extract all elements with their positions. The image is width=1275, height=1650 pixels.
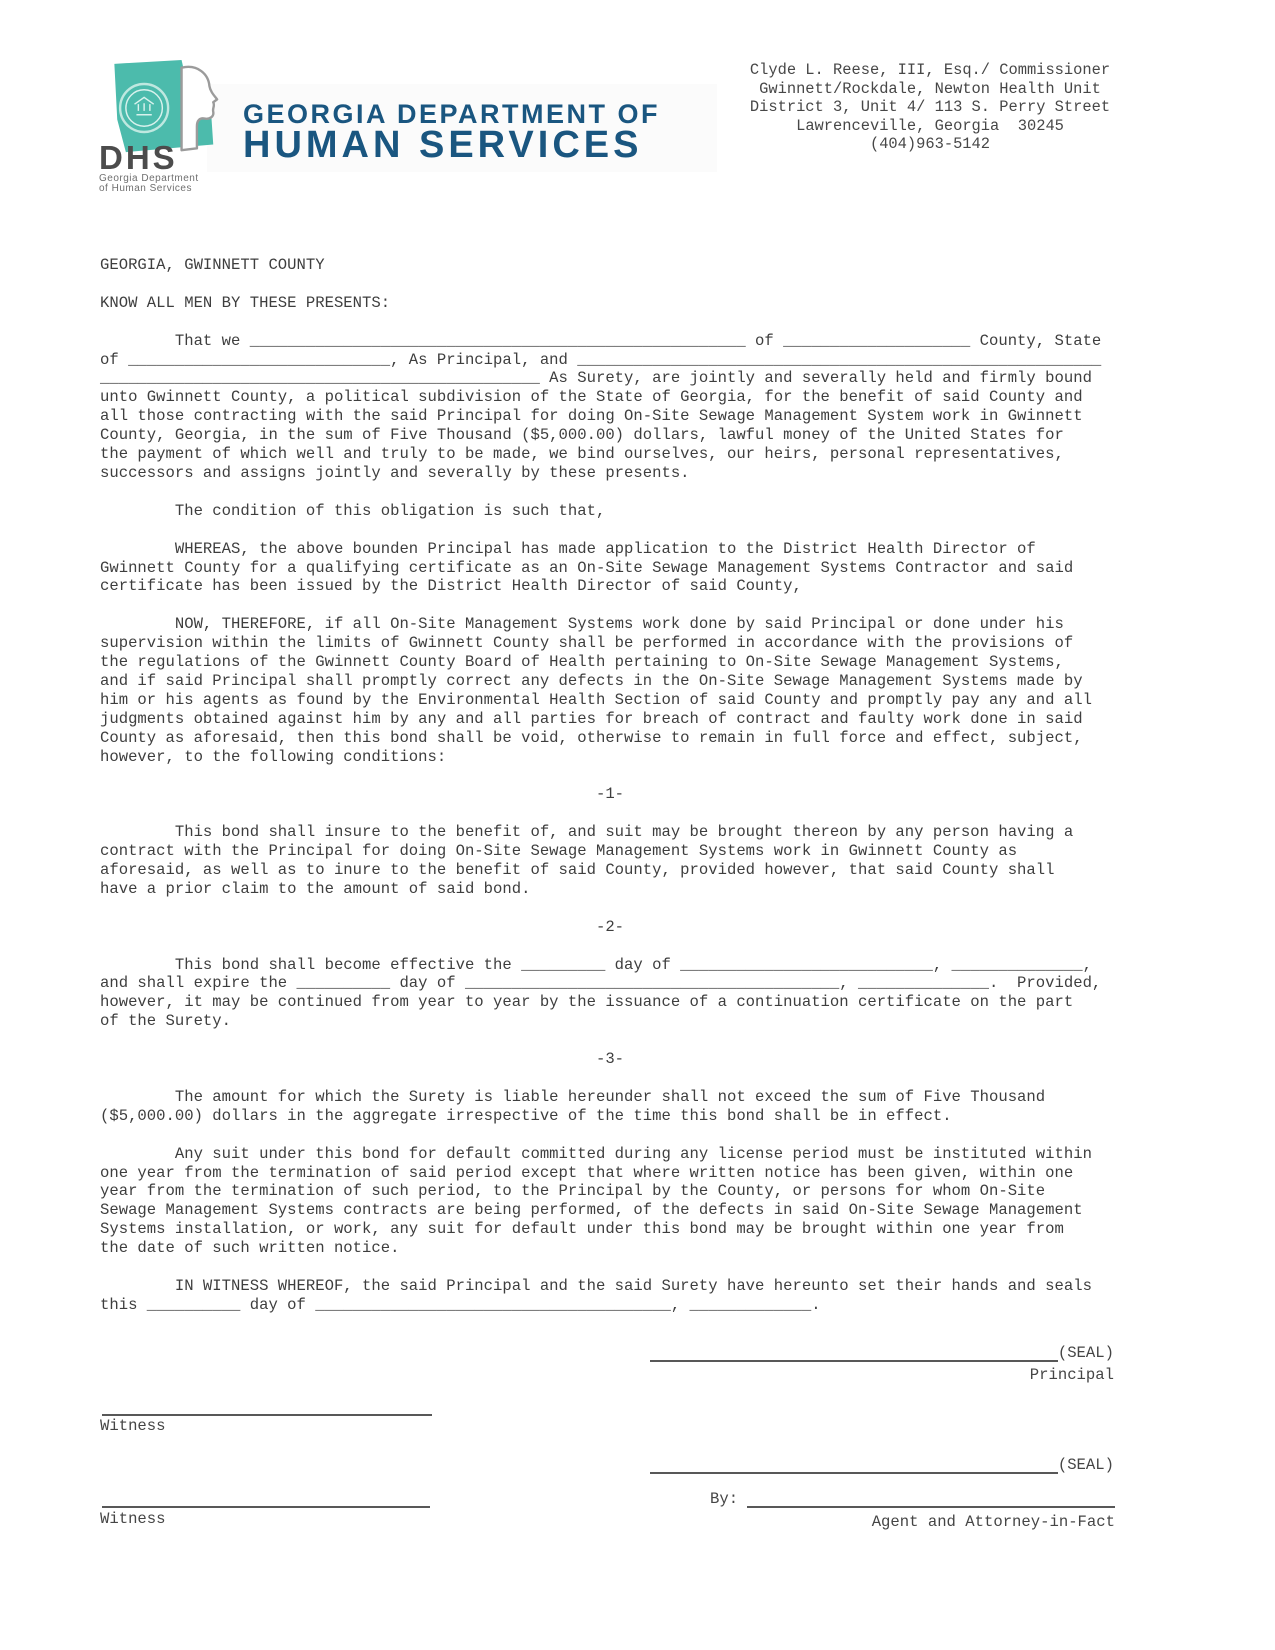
wordmark-line2: HUMAN SERVICES xyxy=(243,127,660,164)
surety-signature-row: (SEAL) xyxy=(650,1456,1114,1474)
witness-signature-line-2 xyxy=(102,1490,430,1508)
attorney-signature-line xyxy=(747,1490,1115,1508)
witness-label-1: Witness xyxy=(100,1417,166,1435)
document-page: DHS Georgia Department of Human Services… xyxy=(0,0,1275,1650)
by-label: By: xyxy=(710,1491,738,1508)
dhs-caption: Georgia Department of Human Services xyxy=(99,174,199,194)
attorney-signature-row: By: xyxy=(710,1490,1115,1508)
principal-signature-row: (SEAL) xyxy=(650,1342,1114,1362)
seal-label-surety: (SEAL) xyxy=(1058,1457,1114,1474)
principal-signature-line xyxy=(650,1342,1058,1362)
by-spacer xyxy=(738,1491,747,1508)
bond-form-body: GEORGIA, GWINNETT COUNTY KNOW ALL MEN BY… xyxy=(100,256,1101,1315)
surety-signature-line xyxy=(650,1456,1058,1474)
principal-label: Principal xyxy=(650,1366,1114,1384)
dhs-wordmark: GEORGIA DEPARTMENT OF HUMAN SERVICES xyxy=(243,100,660,164)
dhs-acronym: DHS xyxy=(99,141,178,175)
witness-signature-line-1 xyxy=(102,1396,432,1416)
commissioner-contact-block: Clyde L. Reese, III, Esq./ Commissioner … xyxy=(740,61,1120,154)
witness-label-2: Witness xyxy=(100,1510,166,1528)
agent-attorney-label: Agent and Attorney-in-Fact xyxy=(650,1513,1115,1531)
seal-label-principal: (SEAL) xyxy=(1058,1345,1114,1362)
